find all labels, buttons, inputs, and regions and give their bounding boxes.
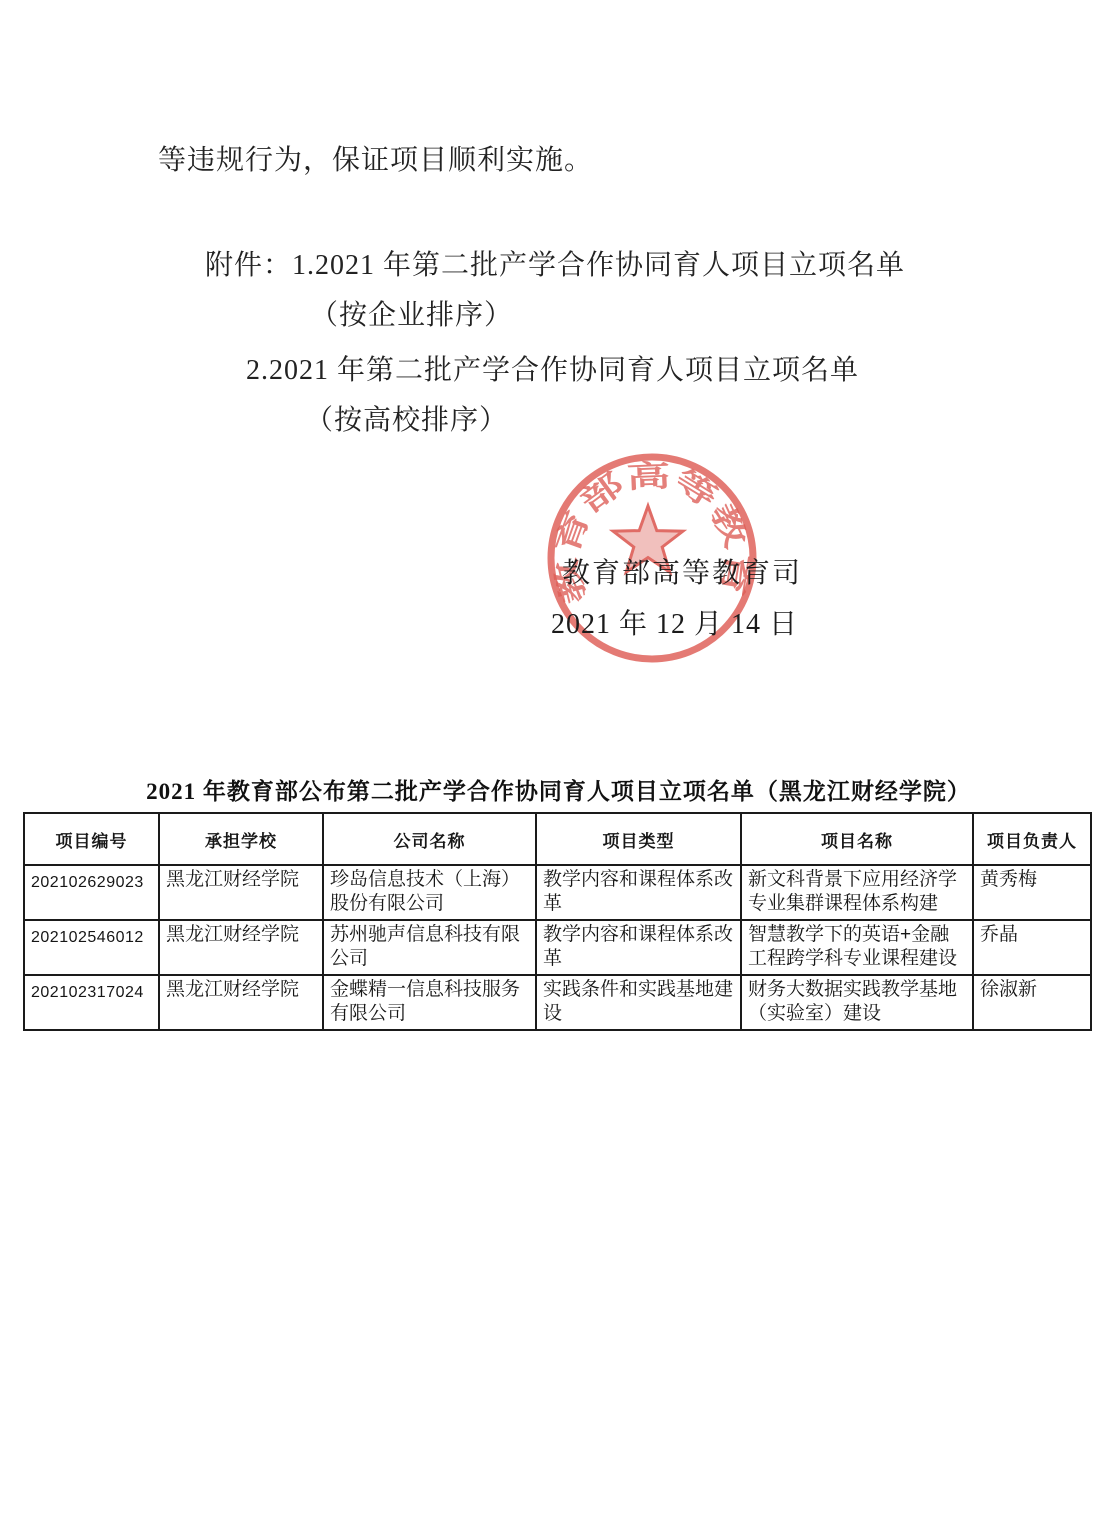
column-header-school: 承担学校	[159, 813, 323, 865]
cell-leader: 徐淑新	[973, 975, 1091, 1030]
column-header-company: 公司名称	[323, 813, 536, 865]
cell-school: 黑龙江财经学院	[159, 865, 323, 920]
cell-project-name: 财务大数据实践教学基地（实验室）建设	[741, 975, 973, 1030]
column-header-project-name: 项目名称	[741, 813, 973, 865]
document-page: 等违规行为，保证项目顺利实施。 附件：1.2021 年第二批产学合作协同育人项目…	[0, 0, 1117, 1529]
body-text-line: 等违规行为，保证项目顺利实施。	[158, 138, 593, 178]
table-row: 202102629023 黑龙江财经学院 珍岛信息技术（上海）股份有限公司 教学…	[24, 865, 1091, 920]
column-header-project-type: 项目类型	[536, 813, 741, 865]
signature-date: 2021 年 12 月 14 日	[551, 602, 798, 642]
table-title: 2021 年教育部公布第二批产学合作协同育人项目立项名单（黑龙江财经学院）	[0, 773, 1117, 806]
attachment-line-2-sub: （按高校排序）	[305, 398, 508, 438]
table-row: 202102546012 黑龙江财经学院 苏州驰声信息科技有限公司 教学内容和课…	[24, 920, 1091, 975]
column-header-leader: 项目负责人	[973, 813, 1091, 865]
signature-department: 教育部高等教育司	[562, 551, 802, 591]
attachment-line-2: 2.2021 年第二批产学合作协同育人项目立项名单	[246, 348, 859, 388]
cell-company: 珍岛信息技术（上海）股份有限公司	[323, 865, 536, 920]
cell-leader: 乔晶	[973, 920, 1091, 975]
cell-company: 苏州驰声信息科技有限公司	[323, 920, 536, 975]
cell-project-name: 智慧教学下的英语+金融工程跨学科专业课程建设	[741, 920, 973, 975]
table-row: 202102317024 黑龙江财经学院 金蝶精一信息科技服务有限公司 实践条件…	[24, 975, 1091, 1030]
column-header-project-id: 项目编号	[24, 813, 159, 865]
cell-project-type: 实践条件和实践基地建设	[536, 975, 741, 1030]
cell-company: 金蝶精一信息科技服务有限公司	[323, 975, 536, 1030]
cell-project-name: 新文科背景下应用经济学专业集群课程体系构建	[741, 865, 973, 920]
cell-project-id: 202102317024	[24, 975, 159, 1030]
cell-school: 黑龙江财经学院	[159, 975, 323, 1030]
cell-project-id: 202102546012	[24, 920, 159, 975]
cell-school: 黑龙江财经学院	[159, 920, 323, 975]
attachment-line-1: 附件：1.2021 年第二批产学合作协同育人项目立项名单	[205, 243, 905, 283]
cell-project-type: 教学内容和课程体系改革	[536, 920, 741, 975]
table-header-row: 项目编号 承担学校 公司名称 项目类型 项目名称 项目负责人	[24, 813, 1091, 865]
attachment-line-1-sub: （按企业排序）	[310, 293, 513, 333]
cell-project-id: 202102629023	[24, 865, 159, 920]
cell-project-type: 教学内容和课程体系改革	[536, 865, 741, 920]
projects-table: 项目编号 承担学校 公司名称 项目类型 项目名称 项目负责人 202102629…	[23, 812, 1092, 1031]
cell-leader: 黄秀梅	[973, 865, 1091, 920]
